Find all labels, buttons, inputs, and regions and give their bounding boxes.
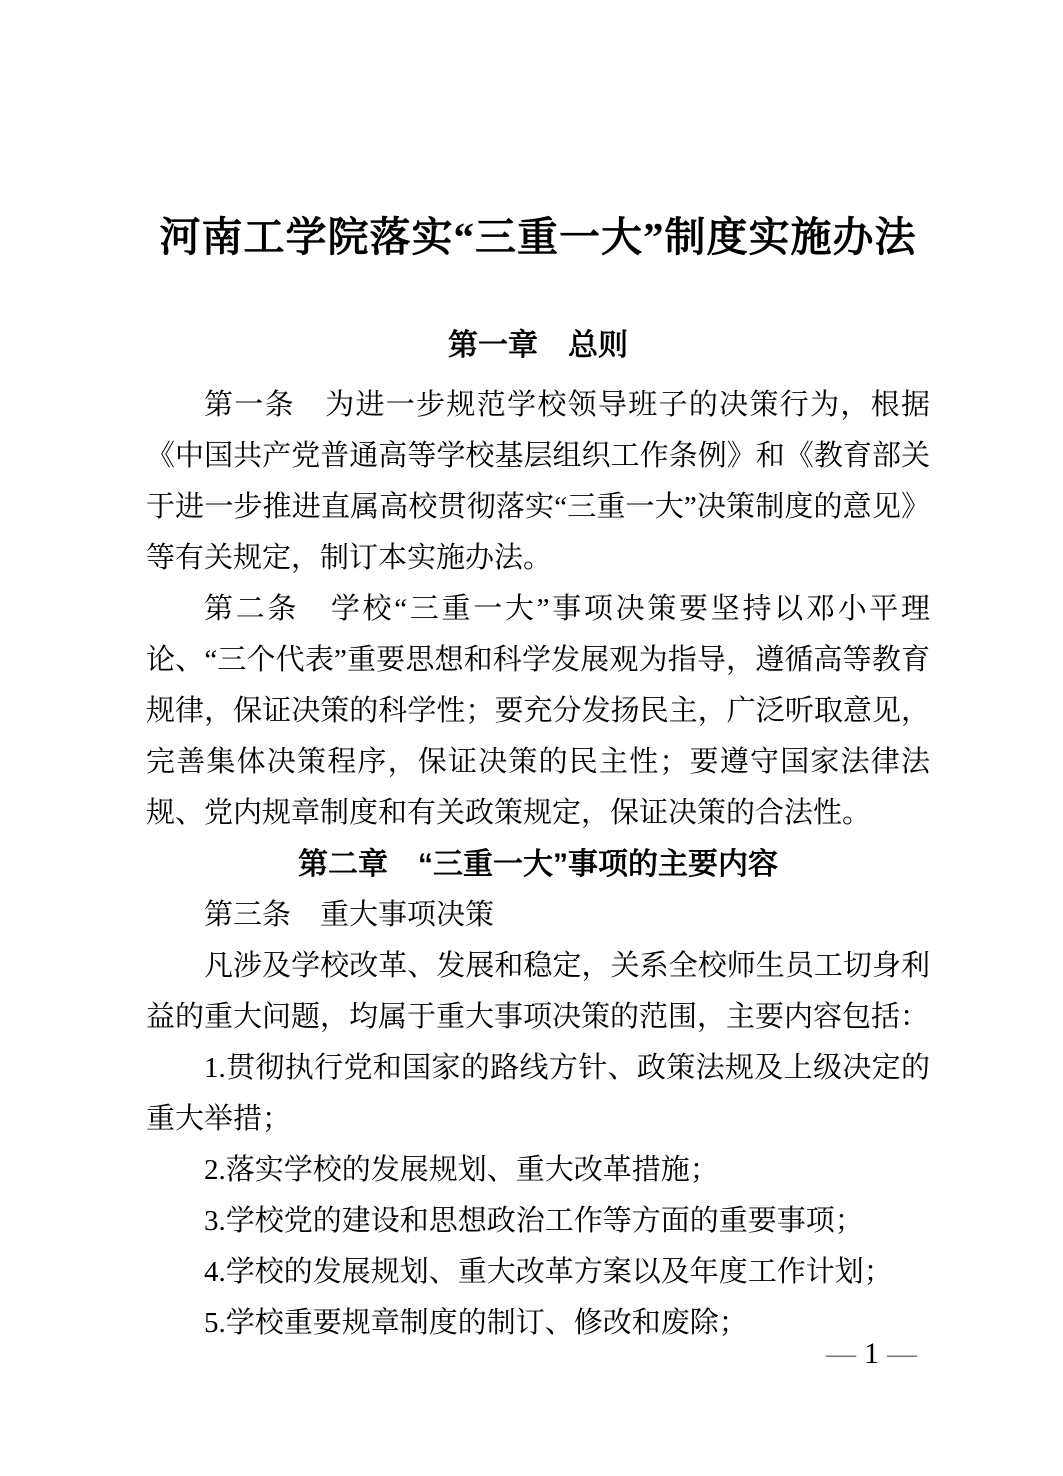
chapter-1-heading: 第一章 总则 <box>146 328 930 364</box>
list-item: 1.贯彻执行党和国家的路线方针、政策法规及上级决定的重大举措； <box>146 1043 930 1145</box>
chapter-2-heading: 第二章 “三重一大”事项的主要内容 <box>146 839 930 890</box>
article-3-heading: 第三条 重大事项决策 <box>146 890 930 941</box>
list-item: 5.学校重要规章制度的制订、修改和废除； <box>146 1298 930 1349</box>
page-number-left-dash: — <box>826 1337 856 1370</box>
article-3-intro: 凡涉及学校改革、发展和稳定，关系全校师生员工切身利益的重大问题，均属于重大事项决… <box>146 941 930 1043</box>
page-number-right-dash: — <box>887 1337 917 1370</box>
article-2-paragraph: 第二条 学校“三重一大”事项决策要坚持以邓小平理论、“三个代表”重要思想和科学发… <box>146 584 930 839</box>
list-item: 2.落实学校的发展规划、重大改革措施； <box>146 1145 930 1196</box>
page-number: —1— <box>826 1336 917 1372</box>
document-title: 河南工学院落实“三重一大”制度实施办法 <box>146 212 930 262</box>
page-number-value: 1 <box>864 1337 879 1370</box>
article-1-paragraph: 第一条 为进一步规范学校领导班子的决策行为，根据《中国共产党普通高等学校基层组织… <box>146 380 930 584</box>
document-page: 河南工学院落实“三重一大”制度实施办法 第一章 总则 第一条 为进一步规范学校领… <box>0 0 1063 1476</box>
list-item: 4.学校的发展规划、重大改革方案以及年度工作计划； <box>146 1247 930 1298</box>
list-item: 3.学校党的建设和思想政治工作等方面的重要事项； <box>146 1196 930 1247</box>
